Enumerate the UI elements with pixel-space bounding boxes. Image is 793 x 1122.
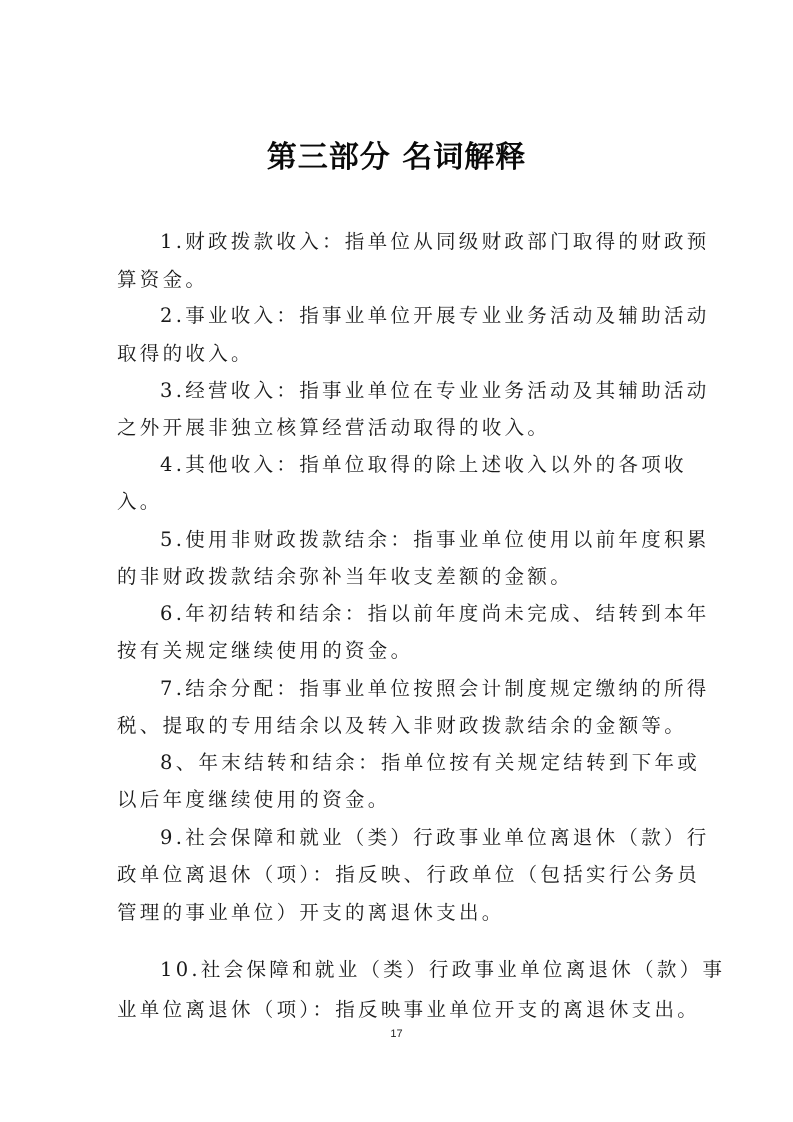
definition-7-line-2: 税、提取的专用结余以及转入非财政拨款结余的金额等。 <box>117 712 697 740</box>
definition-8-line-2: 以后年度继续使用的资金。 <box>117 786 697 814</box>
definition-5-line-2: 的非财政拨款结余弥补当年收支差额的金额。 <box>117 563 697 591</box>
definition-10-line-1: 10.社会保障和就业（类）行政事业单位离退休（款）事 <box>160 956 740 984</box>
definition-8-line-1: 8、年末结转和结余：指单位按有关规定结转到下年或 <box>160 749 740 777</box>
definition-1-line-2: 算资金。 <box>117 266 697 294</box>
definition-5-line-1: 5.使用非财政拨款结余：指事业单位使用以前年度积累 <box>160 526 740 554</box>
definition-6-line-1: 6.年初结转和结余：指以前年度尚未完成、结转到本年 <box>160 600 740 628</box>
document-page: 第三部分 名词解释 1.财政拨款收入：指单位从同级财政部门取得的财政预 算资金。… <box>0 0 793 1122</box>
definition-9-line-3: 管理的事业单位）开支的离退休支出。 <box>117 899 697 927</box>
definition-3-line-1: 3.经营收入：指事业单位在专业业务活动及其辅助活动 <box>160 377 740 405</box>
definition-4-line-1: 4.其他收入：指单位取得的除上述收入以外的各项收 <box>160 451 740 479</box>
definition-7-line-1: 7.结余分配：指事业单位按照会计制度规定缴纳的所得 <box>160 675 740 703</box>
definition-6-line-2: 按有关规定继续使用的资金。 <box>117 637 697 665</box>
definition-10-line-2: 业单位离退休（项）：指反映事业单位开支的离退休支出。 <box>117 996 697 1024</box>
definition-3-line-2: 之外开展非独立核算经营活动取得的收入。 <box>117 414 697 442</box>
page-title: 第三部分 名词解释 <box>0 138 793 178</box>
definition-2-line-1: 2.事业收入：指事业单位开展专业业务活动及辅助活动 <box>160 302 740 330</box>
definition-4-line-2: 入。 <box>117 488 697 516</box>
definition-1-line-1: 1.财政拨款收入：指单位从同级财政部门取得的财政预 <box>160 228 740 256</box>
definition-9-line-2: 政单位离退休（项）：指反映、行政单位（包括实行公务员 <box>117 861 697 889</box>
page-number: 17 <box>0 1027 793 1041</box>
definition-9-line-1: 9.社会保障和就业（类）行政事业单位离退休（款）行 <box>160 824 740 852</box>
definition-2-line-2: 取得的收入。 <box>117 340 697 368</box>
